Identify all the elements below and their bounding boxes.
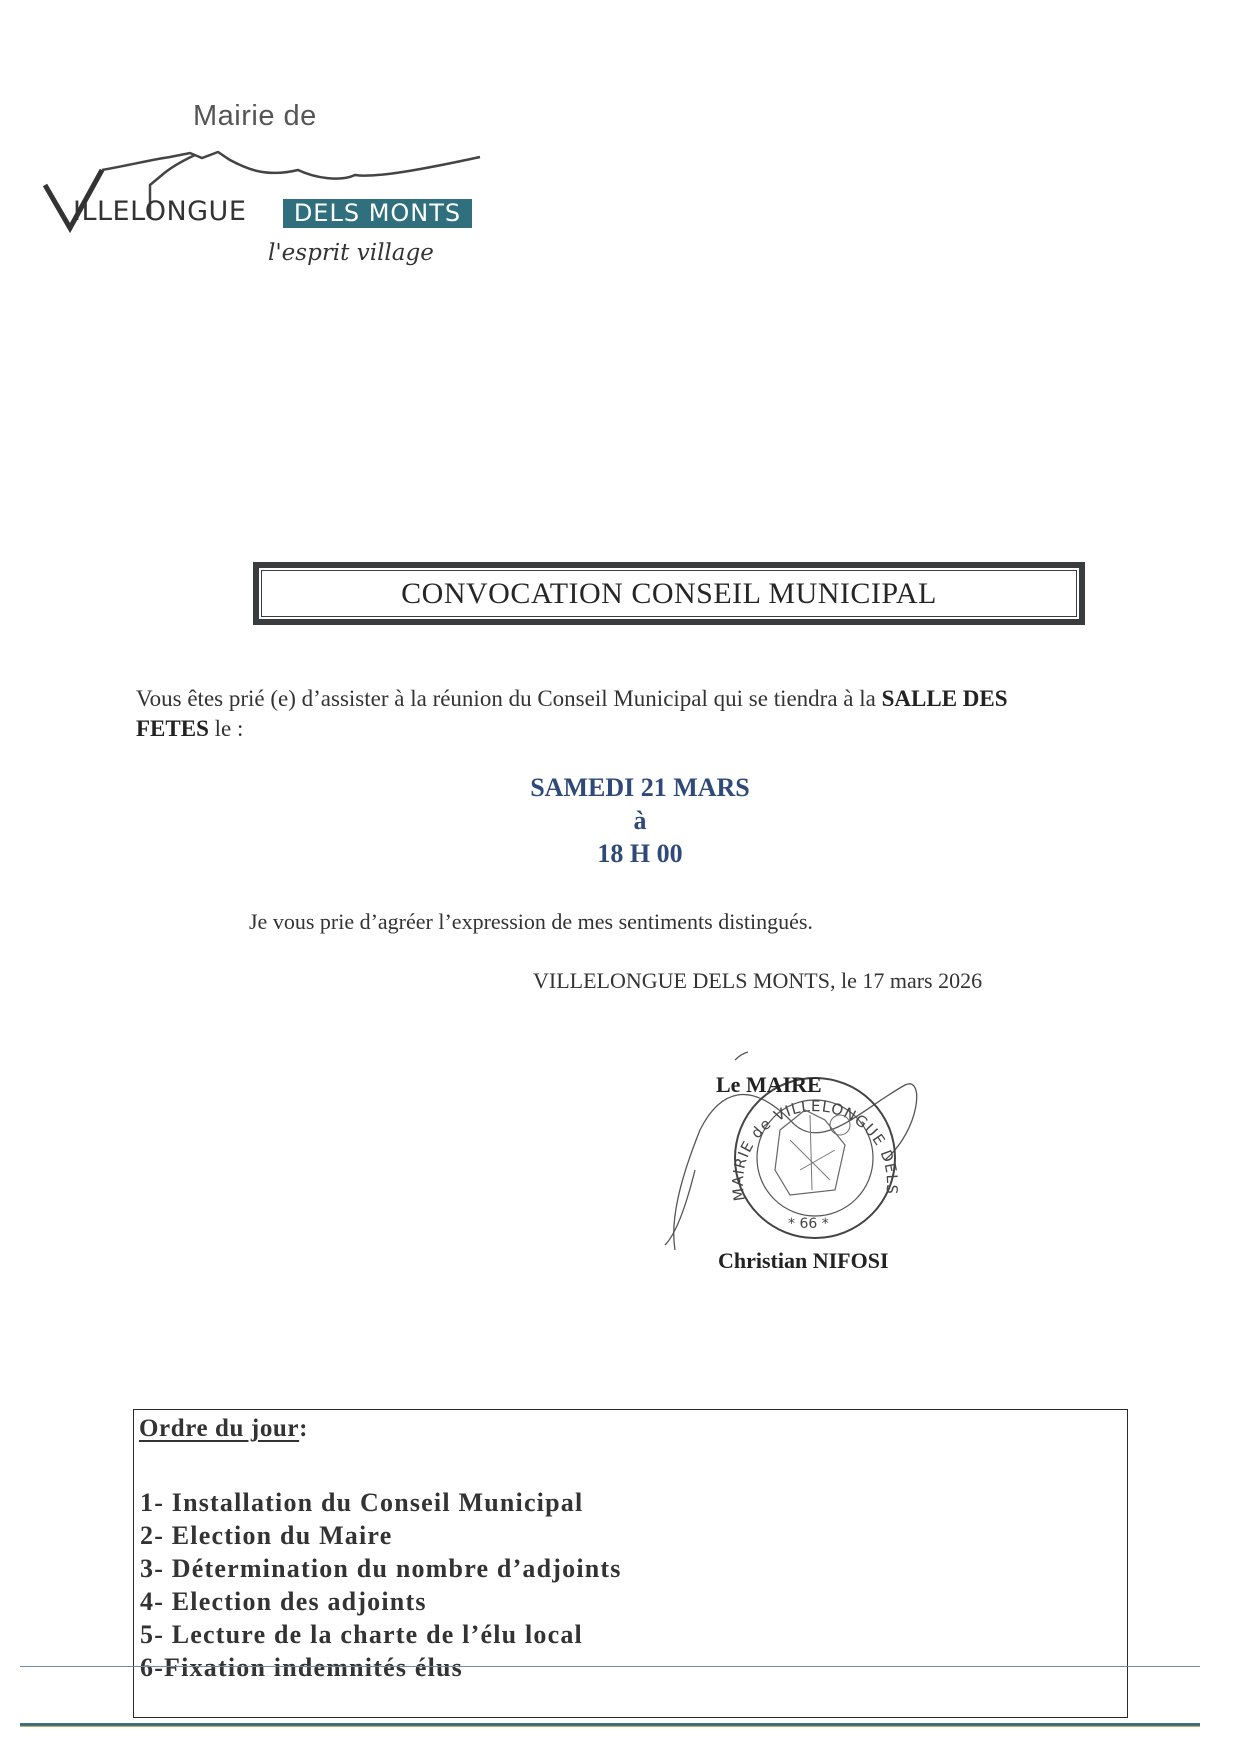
closing-formula: Je vous prie d’agréer l’expression de me… [249,909,813,935]
intro-paragraph: Vous êtes prié (e) d’assister à la réuni… [136,684,1076,744]
place-and-date: VILLELONGUE DELS MONTS, le 17 mars 2026 [533,968,982,994]
meeting-time: 18 H 00 [440,837,840,870]
logo-dels-monts-badge: DELS MONTS [283,199,472,228]
signature-role: Le MAIRE [716,1072,822,1098]
signatory-name: Christian NIFOSI [718,1248,889,1274]
agenda-list: 1- Installation du Conseil Municipal 2- … [140,1486,622,1684]
bottom-rule [20,1723,1200,1727]
scan-artifact-line [20,1666,1200,1667]
title-box: CONVOCATION CONSEIL MUNICIPAL [253,562,1085,625]
mairie-label: Mairie de [193,100,317,133]
agenda-heading-text: Ordre du jour [139,1415,299,1442]
agenda-heading-colon: : [299,1415,308,1443]
document-title: CONVOCATION CONSEIL MUNICIPAL [401,577,937,611]
intro-suffix: le : [209,716,244,741]
logo-tagline: l'esprit village [268,240,434,266]
svg-text:* 66 *: * 66 * [788,1216,829,1232]
agenda-item: 4- Election des adjoints [140,1585,622,1618]
agenda-item: 1- Installation du Conseil Municipal [140,1486,622,1519]
agenda-item: 6-Fixation indemnités élus [140,1651,622,1684]
agenda-item: 5- Lecture de la charte de l’élu local [140,1618,622,1651]
logo-wordmark: ILLELONGUE [73,196,246,227]
meeting-connector: à [440,804,840,837]
meeting-datetime: SAMEDI 21 MARS à 18 H 00 [440,771,840,870]
agenda-item: 2- Election du Maire [140,1519,622,1552]
agenda-heading: Ordre du jour : [139,1415,308,1443]
meeting-day: SAMEDI 21 MARS [440,771,840,804]
intro-text: Vous êtes prié (e) d’assister à la réuni… [136,686,882,711]
agenda-item: 3- Détermination du nombre d’adjoints [140,1552,622,1585]
